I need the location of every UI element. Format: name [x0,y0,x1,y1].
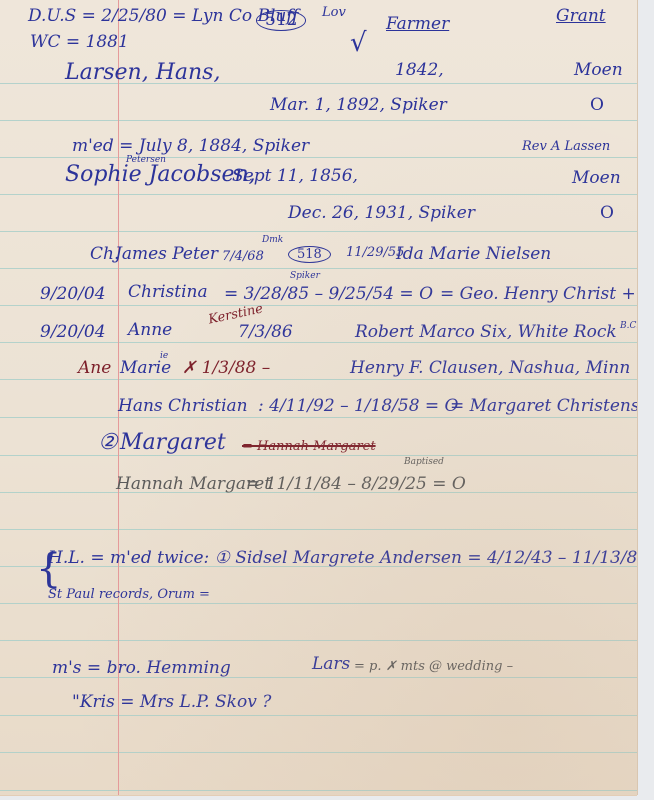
spouse-location-note: B.C. [620,322,637,331]
note-line-3-name: Lars [312,656,350,673]
marriage-date: m'ed = July 8, 1884, Spiker [72,138,309,155]
note-line-3-right: = p. ✗ mts @ wedding – [354,660,513,673]
child-prefix: ② [98,432,118,454]
child-spouse: Ida Marie Nielsen [396,246,551,263]
child-birth: 7/3/86 [238,324,293,341]
margin-date: 9/20/04 [40,324,106,341]
note-line-3-left: m's = bro. Hemming [52,660,231,677]
child-spouse: = Geo. Henry Christ + O [440,286,637,303]
notebook-page: D.U.S = 2/25/80 = Lyn Co Bluff 512 Lov W… [0,0,637,795]
child-spouse: Robert Marco Six, White Rock [355,324,617,341]
child-name: Anne [128,322,172,339]
child-dates: = 11/11/84 – 8/29/25 = O [246,476,466,493]
township: Grant [556,8,606,25]
child-name: Christina [128,284,208,301]
ruled-line [0,379,637,380]
note-line-1: H.L. = m'ed twice: ① Sidsel Margrete And… [48,550,637,567]
margin-date: 9/20/04 [40,286,106,303]
child-spouse: Henry F. Clausen, Nashua, Minn [350,360,630,377]
note-line-4: "Kris = Mrs L.P. Skov ? [72,694,271,711]
note-line-2: St Paul records, Orum = [48,588,210,601]
ruled-line [0,342,637,343]
child-name: Hans Christian [118,398,248,415]
child-name: Margaret [120,432,226,454]
wife-birth: Sept 11, 1856, [232,168,358,185]
ruled-line [0,194,637,195]
ruled-line [0,715,637,716]
child-birth-place-note: Dmk [262,236,283,245]
ruled-line [0,603,637,604]
child-name-correction: ie [160,352,168,361]
header-abbrev: Lov [322,6,346,19]
file-number-badge: 512 [256,10,306,31]
ruled-line [0,640,637,641]
child-note: Baptised [404,458,444,467]
husband-birth-year: 1842, [395,62,444,79]
child-birth: 7/4/68 [222,250,264,263]
husband-death-mark: O [590,97,604,114]
child-dates: = 3/28/85 – 9/25/54 = O [224,286,433,303]
ruled-line [0,231,637,232]
husband-birth-place: Moen [574,62,623,79]
struck-name: = Hannah Margaret [242,440,376,453]
header-line-2: WC = 1881 [30,34,129,51]
ruled-line [0,268,637,269]
ruled-line [0,157,637,158]
husband-death: Mar. 1, 1892, Spiker [270,97,447,114]
ruled-line [0,305,637,306]
wife-death: Dec. 26, 1931, Spiker [288,205,475,222]
child-birth: ✗ 1/3/88 – [182,360,270,377]
child-spouse: = Margaret Christensen [450,398,637,415]
ruled-line [0,790,637,791]
child-dates: : 4/11/92 – 1/18/58 = O [258,398,459,415]
ruled-line [0,417,637,418]
child-note: Spiker [290,272,320,281]
child-name: James Peter [115,246,218,263]
wife-death-mark: O [600,205,614,222]
wife-name: Sophie Jacobsen, [65,164,256,186]
ruled-line [0,752,637,753]
husband-name: Larsen, Hans, [65,62,220,84]
child-name-red: Ane [78,360,111,377]
child-file-number-badge: 518 [288,246,331,263]
checkmark-icon: √ [350,30,367,56]
wife-birth-place: Moen [572,170,621,187]
ruled-line [0,120,637,121]
officiant: Rev A Lassen [522,140,610,153]
child-name: Marie [120,360,171,377]
ruled-line [0,455,637,456]
ruled-line [0,529,637,530]
occupation: Farmer [386,16,449,33]
